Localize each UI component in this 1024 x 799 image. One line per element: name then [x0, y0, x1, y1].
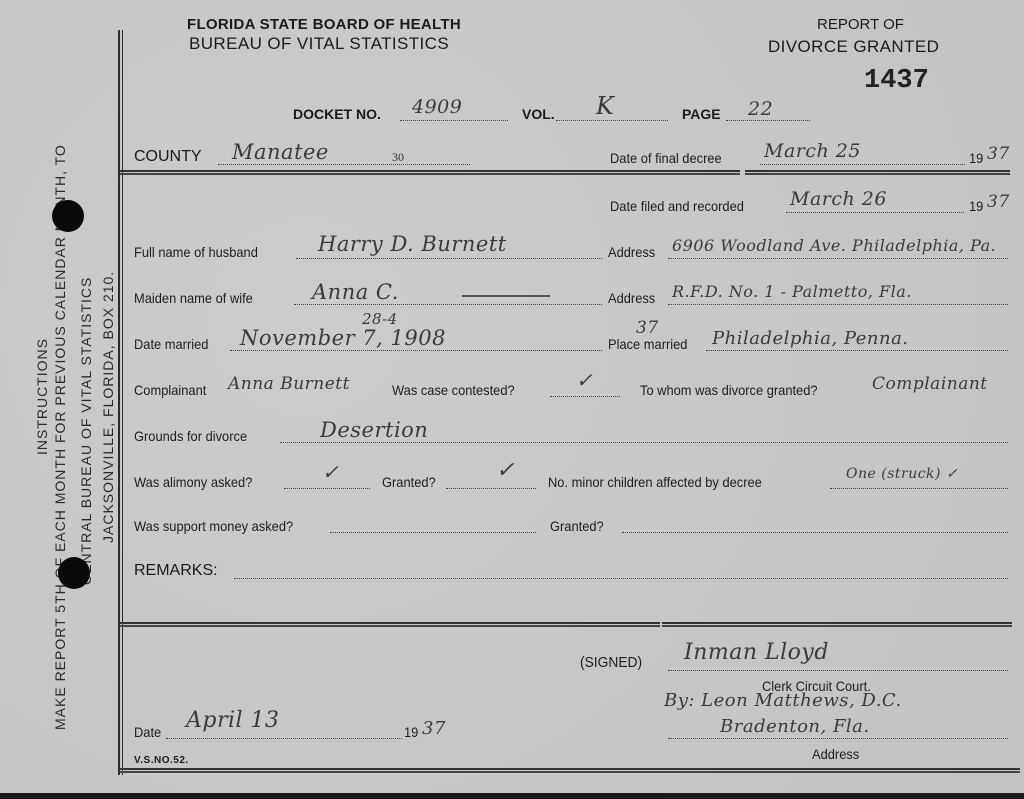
grounds-value[interactable]: Desertion	[320, 418, 428, 442]
header-report-of: REPORT OF	[817, 16, 904, 33]
complainant-label: Complainant	[134, 382, 206, 398]
county-code: 30	[392, 150, 404, 165]
divorce-report-form: INSTRUCTIONS MAKE REPORT 5TH OF EACH MON…	[0, 0, 1024, 793]
place-married-annotation: 37	[636, 318, 659, 338]
alimony-granted-label: Granted?	[382, 474, 436, 490]
page-label: PAGE	[682, 106, 721, 122]
county-label: COUNTY	[134, 148, 202, 166]
alimony-granted-value[interactable]: ✓	[496, 458, 515, 483]
wife-value[interactable]: Anna C.	[312, 280, 399, 304]
final-decree-label: Date of final decree	[610, 150, 722, 166]
wife-address-value[interactable]: R.F.D. No. 1 - Palmetto, Fla.	[672, 282, 912, 301]
record-number: 1437	[864, 66, 929, 96]
county-value[interactable]: Manatee	[232, 140, 329, 164]
divider-bottom-left	[120, 622, 660, 627]
docket-value[interactable]: 4909	[412, 96, 462, 118]
report-date-label: Date	[134, 724, 161, 740]
final-decree-year[interactable]: 37	[987, 144, 1010, 164]
form-code: V.S.NO.52.	[134, 755, 189, 766]
signed-value[interactable]: Inman Lloyd	[684, 640, 829, 665]
report-year-prefix: 19	[404, 724, 418, 740]
divider-bottom-right	[662, 622, 1012, 627]
punch-hole-bottom	[58, 557, 90, 589]
left-border-inner	[122, 30, 123, 775]
filed-label: Date filed and recorded	[610, 198, 744, 214]
instructions-title: INSTRUCTIONS	[34, 338, 50, 455]
wife-label: Maiden name of wife	[134, 290, 253, 306]
header-divorce-granted: DIVORCE GRANTED	[768, 37, 939, 57]
divider-top-right	[745, 170, 1010, 175]
contested-label: Was case contested?	[392, 382, 515, 398]
header-board: FLORIDA STATE BOARD OF HEALTH	[187, 16, 461, 33]
final-decree-year-prefix: 19	[969, 150, 983, 166]
report-date-value[interactable]: April 13	[186, 708, 280, 733]
husband-label: Full name of husband	[134, 244, 258, 260]
left-border	[118, 30, 120, 775]
vol-value[interactable]: K	[596, 92, 614, 120]
filed-year-prefix: 19	[969, 198, 983, 214]
instructions-line-3: JACKSONVILLE, FLORIDA, BOX 210.	[100, 271, 116, 543]
children-label: No. minor children affected by decree	[548, 474, 762, 490]
filed-year[interactable]: 37	[987, 192, 1010, 212]
date-married-annotation: 28-4	[362, 310, 398, 328]
place-married-label: Place married	[608, 336, 687, 352]
grounds-label: Grounds for divorce	[134, 428, 247, 444]
report-year[interactable]: 37	[422, 718, 446, 739]
wife-surname-dash	[462, 295, 550, 297]
date-married-label: Date married	[134, 336, 208, 352]
place-married-value[interactable]: Philadelphia, Penna.	[712, 328, 909, 349]
husband-address-label: Address	[608, 244, 655, 260]
husband-address-value[interactable]: 6906 Woodland Ave. Philadelphia, Pa.	[672, 236, 996, 255]
children-value[interactable]: One (struck) ✓	[846, 466, 958, 482]
bottom-border	[120, 768, 1020, 773]
clerk-address-value[interactable]: Bradenton, Fla.	[720, 716, 870, 737]
filed-value[interactable]: March 26	[790, 188, 887, 210]
deputy-clerk-value[interactable]: By: Leon Matthews, D.C.	[664, 690, 902, 711]
granted-to-label: To whom was divorce granted?	[640, 382, 818, 398]
husband-value[interactable]: Harry D. Burnett	[318, 232, 507, 256]
divider-top-left	[120, 170, 740, 175]
signed-label: (SIGNED)	[580, 654, 642, 671]
alimony-asked-label: Was alimony asked?	[134, 474, 252, 490]
date-married-value[interactable]: November 7, 1908	[240, 326, 446, 350]
granted-to-value[interactable]: Complainant	[872, 374, 988, 394]
support-asked-label: Was support money asked?	[134, 518, 293, 534]
remarks-label: REMARKS:	[134, 562, 218, 580]
complainant-value[interactable]: Anna Burnett	[228, 374, 350, 394]
support-granted-label: Granted?	[550, 518, 604, 534]
punch-hole-top	[52, 200, 84, 232]
header-bureau: BUREAU OF VITAL STATISTICS	[189, 34, 449, 54]
instructions-line-2: CENTRAL BUREAU OF VITAL STATISTICS	[78, 277, 94, 585]
clerk-address-label: Address	[812, 746, 859, 762]
instructions-line-1: MAKE REPORT 5TH OF EACH MONTH FOR PREVIO…	[52, 144, 68, 730]
contested-value[interactable]: ✓	[576, 368, 593, 392]
wife-address-label: Address	[608, 290, 655, 306]
docket-label: DOCKET NO.	[293, 106, 381, 122]
alimony-asked-value[interactable]: ✓	[322, 460, 339, 484]
vol-label: VOL.	[522, 106, 555, 122]
final-decree-value[interactable]: March 25	[764, 140, 861, 162]
page-value[interactable]: 22	[748, 98, 773, 120]
